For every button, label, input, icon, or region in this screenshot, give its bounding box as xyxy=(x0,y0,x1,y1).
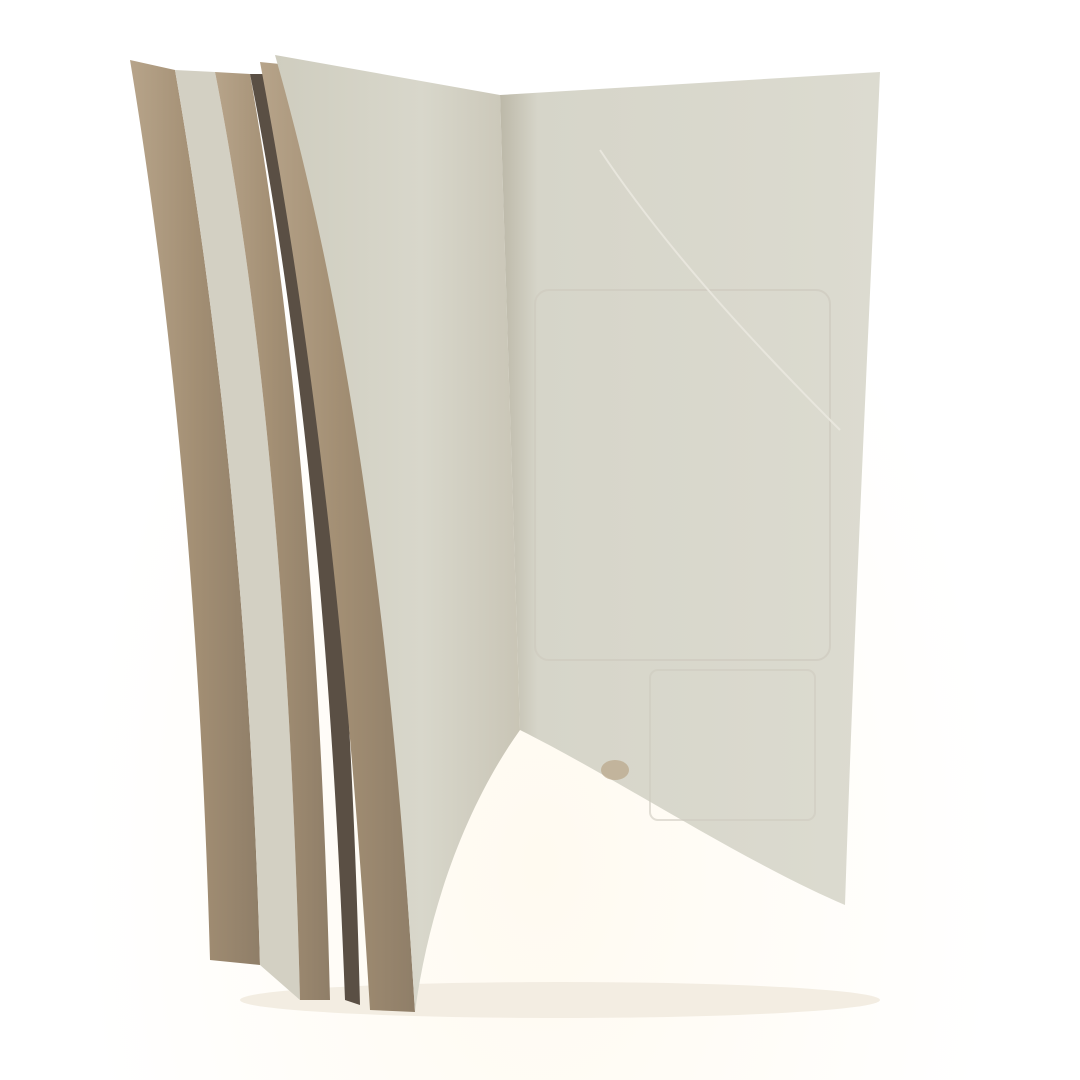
page-stain xyxy=(601,760,629,780)
open-book xyxy=(0,0,1080,1080)
right-page xyxy=(500,72,880,905)
photo-scene xyxy=(0,0,1080,1080)
floor-shadow xyxy=(240,982,880,1018)
